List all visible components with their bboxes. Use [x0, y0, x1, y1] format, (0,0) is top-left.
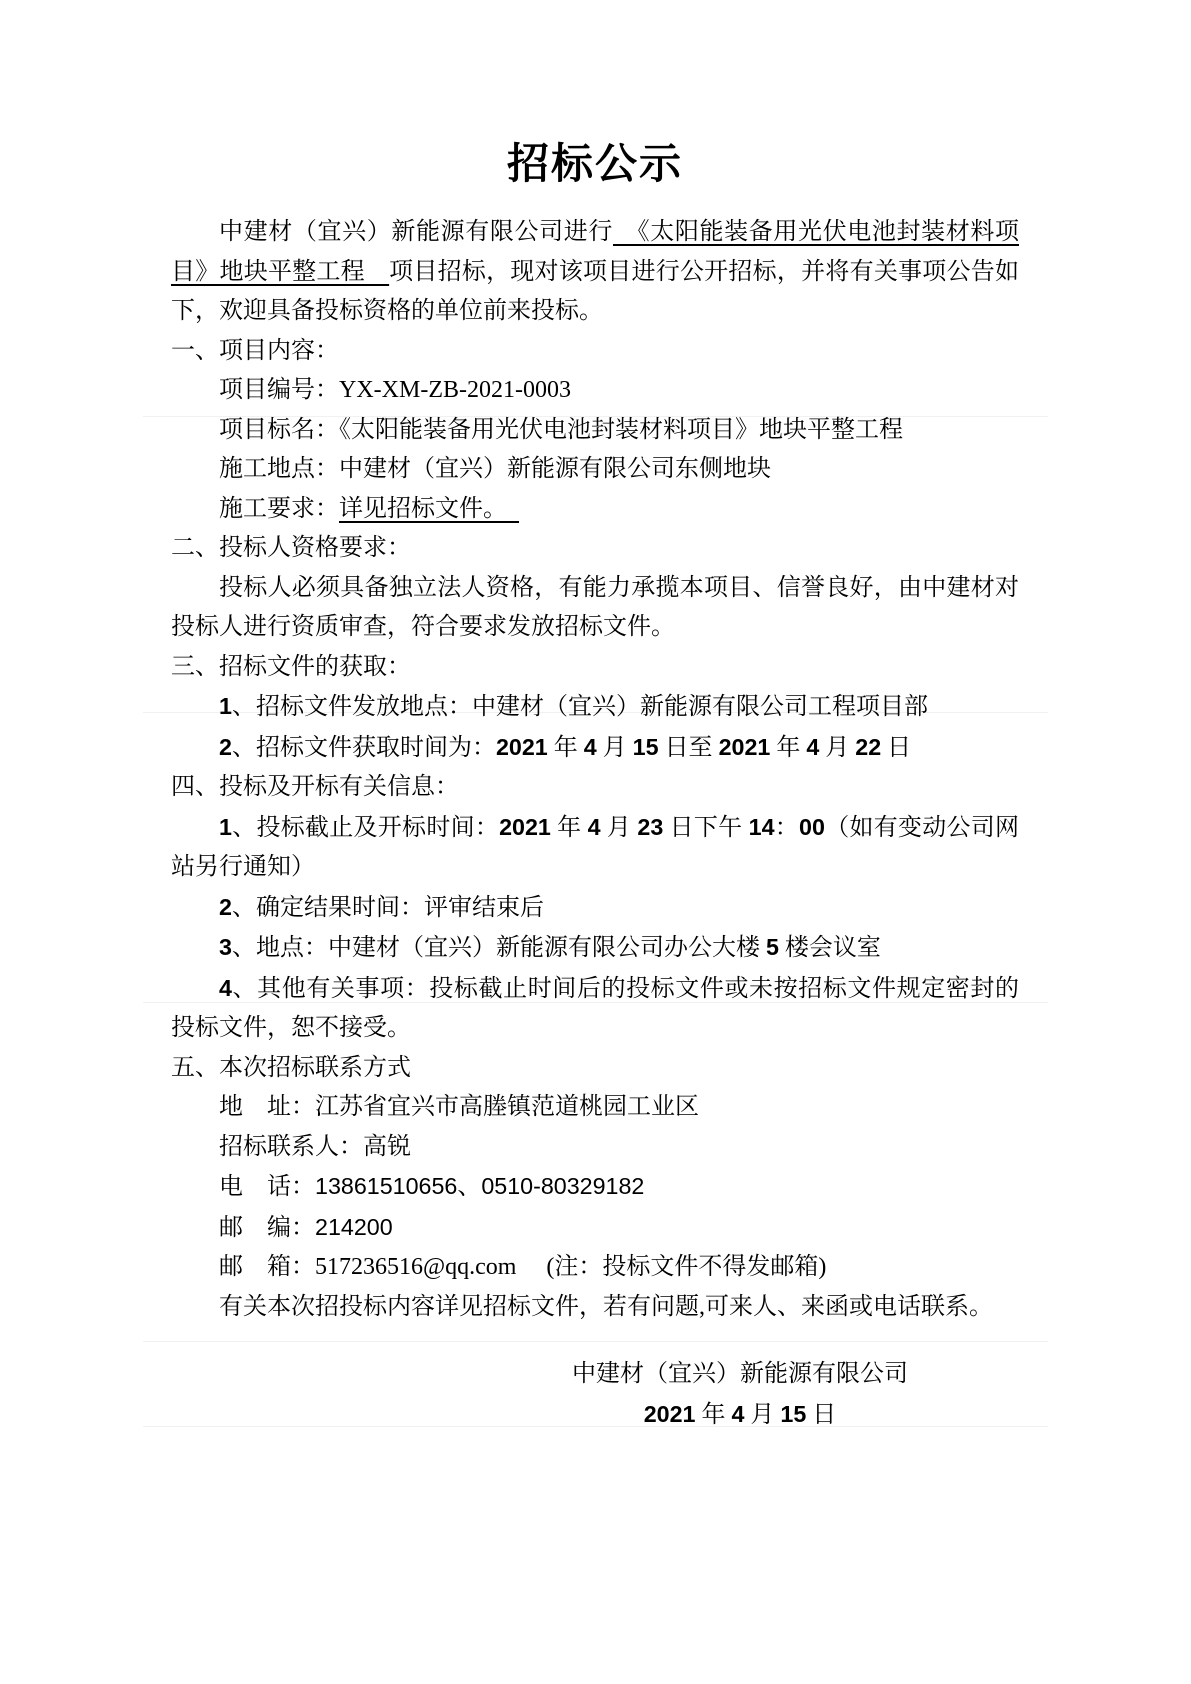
latin-text: 2021 — [719, 734, 771, 760]
latin-text: 4 — [219, 975, 232, 1001]
text-segment: 1、投标截止及开标时间：2021 年 4 月 23 日下午 14：00（如有变动… — [171, 815, 1019, 881]
text-segment: 项目编号：YX-XM-ZB-2021-0003 — [219, 377, 571, 403]
text-segment: 3、地点：中建材（宜兴）新能源有限公司办公大楼 5 楼会议室 — [219, 935, 881, 961]
doc-paragraph: 电 话：13861510656、0510-80329182 — [171, 1167, 1019, 1208]
text-segment: 中建材（宜兴）新能源有限公司进行 — [219, 219, 613, 245]
doc-paragraph: 1、投标截止及开标时间：2021 年 4 月 23 日下午 14：00（如有变动… — [171, 808, 1019, 888]
doc-title: 招标公示 — [171, 140, 1019, 188]
latin-text: 23 — [637, 814, 663, 840]
section-heading: 四、投标及开标有关信息： — [171, 768, 1019, 808]
text-segment: 招标联系人：高锐 — [219, 1134, 411, 1160]
doc-paragraph: 邮 编：214200 — [171, 1208, 1019, 1249]
doc-paragraph: 项目标名：《太阳能装备用光伏电池封装材料项目》地块平整工程 — [171, 411, 1019, 451]
latin-text: 15 — [780, 1401, 806, 1427]
latin-text: 22 — [855, 734, 881, 760]
text-segment: 施工地点：中建材（宜兴）新能源有限公司东侧地块 — [219, 456, 771, 482]
doc-paragraph: 地 址：江苏省宜兴市高塍镇范道桃园工业区 — [171, 1088, 1019, 1128]
text-segment: 中建材（宜兴）新能源有限公司 — [572, 1361, 908, 1387]
latin-text: 0510-80329182 — [481, 1173, 644, 1199]
text-segment: 五、本次招标联系方式 — [171, 1055, 411, 1081]
latin-text: 13861510656 — [315, 1173, 457, 1199]
text-segment: 一、项目内容： — [171, 338, 339, 364]
doc-body: 中建材（宜兴）新能源有限公司进行 《太阳能装备用光伏电池封装材料项目》地块平整工… — [171, 213, 1019, 1327]
section-heading: 五、本次招标联系方式 — [171, 1049, 1019, 1089]
doc-paragraph: 施工地点：中建材（宜兴）新能源有限公司东侧地块 — [171, 450, 1019, 490]
text-segment: 1、招标文件发放地点：中建材（宜兴）新能源有限公司工程项目部 — [219, 694, 928, 720]
text-segment: 2021 年 4 月 15 日 — [644, 1402, 837, 1428]
text-segment: 4、其他有关事项：投标截止时间后的投标文件或未按招标文件规定密封的投标文件，恕不… — [171, 976, 1019, 1042]
signature-date: 2021 年 4 月 15 日 — [461, 1395, 1019, 1436]
text-segment: 四、投标及开标有关信息： — [171, 774, 459, 800]
text-segment: 2、确定结果时间：评审结束后 — [219, 895, 544, 921]
text-segment: 2、招标文件获取时间为：2021 年 4 月 15 日至 2021 年 4 月 … — [219, 735, 911, 761]
latin-text: 3 — [219, 934, 232, 960]
latin-text: 2021 — [644, 1401, 696, 1427]
latin-text: 2 — [219, 894, 232, 920]
doc-paragraph: 施工要求：详见招标文件。 — [171, 490, 1019, 530]
text-segment: 邮 箱：517236516@qq.com (注：投标文件不得发邮箱) — [219, 1254, 826, 1280]
doc-paragraph: 4、其他有关事项：投标截止时间后的投标文件或未按招标文件规定密封的投标文件，恕不… — [171, 969, 1019, 1049]
latin-text: 00 — [799, 814, 825, 840]
latin-text: 15 — [633, 734, 659, 760]
latin-text: 5 — [766, 934, 779, 960]
text-segment: 邮 编：214200 — [219, 1215, 393, 1241]
doc-paragraph: 项目编号：YX-XM-ZB-2021-0003 — [171, 371, 1019, 411]
latin-text: 1 — [219, 814, 232, 840]
signature-block: 中建材（宜兴）新能源有限公司 2021 年 4 月 15 日 — [171, 1355, 1019, 1435]
document-content: 招标公示 中建材（宜兴）新能源有限公司进行 《太阳能装备用光伏电池封装材料项目》… — [171, 140, 1019, 1435]
latin-text: 1 — [219, 693, 232, 719]
latin-text: 4 — [806, 734, 819, 760]
latin-text: 517236516@qq.com — [315, 1254, 516, 1280]
latin-text: 2021 — [499, 814, 551, 840]
latin-text: 4 — [584, 734, 597, 760]
text-segment: 电 话：13861510656、0510-80329182 — [219, 1174, 644, 1200]
doc-paragraph: 投标人必须具备独立法人资格，有能力承揽本项目、信誉良好，由中建材对投标人进行资质… — [171, 569, 1019, 648]
doc-paragraph: 1、招标文件发放地点：中建材（宜兴）新能源有限公司工程项目部 — [171, 687, 1019, 728]
signature-company: 中建材（宜兴）新能源有限公司 — [461, 1355, 1019, 1395]
underlined-text: 详见招标文件。 — [339, 496, 519, 522]
doc-paragraph: 2、招标文件获取时间为：2021 年 4 月 15 日至 2021 年 4 月 … — [171, 728, 1019, 769]
latin-text: 214200 — [315, 1214, 393, 1240]
latin-text: 2021 — [496, 734, 548, 760]
text-segment: 项目标名：《太阳能装备用光伏电池封装材料项目》地块平整工程 — [219, 417, 903, 443]
doc-paragraph: 招标联系人：高锐 — [171, 1128, 1019, 1168]
section-heading: 三、招标文件的获取： — [171, 648, 1019, 688]
latin-text: 4 — [588, 814, 601, 840]
latin-text: 14 — [749, 814, 775, 840]
doc-paragraph: 有关本次招投标内容详见招标文件，若有问题,可来人、来函或电话联系。 — [171, 1288, 1019, 1328]
doc-paragraph: 中建材（宜兴）新能源有限公司进行 《太阳能装备用光伏电池封装材料项目》地块平整工… — [171, 213, 1019, 332]
doc-paragraph: 邮 箱：517236516@qq.com (注：投标文件不得发邮箱) — [171, 1248, 1019, 1288]
doc-paragraph: 2、确定结果时间：评审结束后 — [171, 888, 1019, 929]
text-segment: 地 址：江苏省宜兴市高塍镇范道桃园工业区 — [219, 1094, 699, 1120]
latin-text: 2 — [219, 734, 232, 760]
section-heading: 二、投标人资格要求： — [171, 529, 1019, 569]
text-segment: 有关本次招投标内容详见招标文件，若有问题,可来人、来函或电话联系。 — [219, 1294, 993, 1320]
text-segment: 施工要求： — [219, 496, 339, 522]
doc-paragraph: 3、地点：中建材（宜兴）新能源有限公司办公大楼 5 楼会议室 — [171, 928, 1019, 969]
latin-text: 4 — [731, 1401, 744, 1427]
text-segment: 二、投标人资格要求： — [171, 535, 411, 561]
document-page: 招标公示 中建材（宜兴）新能源有限公司进行 《太阳能装备用光伏电池封装材料项目》… — [0, 0, 1191, 1684]
section-heading: 一、项目内容： — [171, 332, 1019, 372]
text-segment: 三、招标文件的获取： — [171, 654, 411, 680]
text-segment: 投标人必须具备独立法人资格，有能力承揽本项目、信誉良好，由中建材对投标人进行资质… — [171, 575, 1019, 641]
latin-text: YX-XM-ZB-2021-0003 — [339, 377, 571, 403]
